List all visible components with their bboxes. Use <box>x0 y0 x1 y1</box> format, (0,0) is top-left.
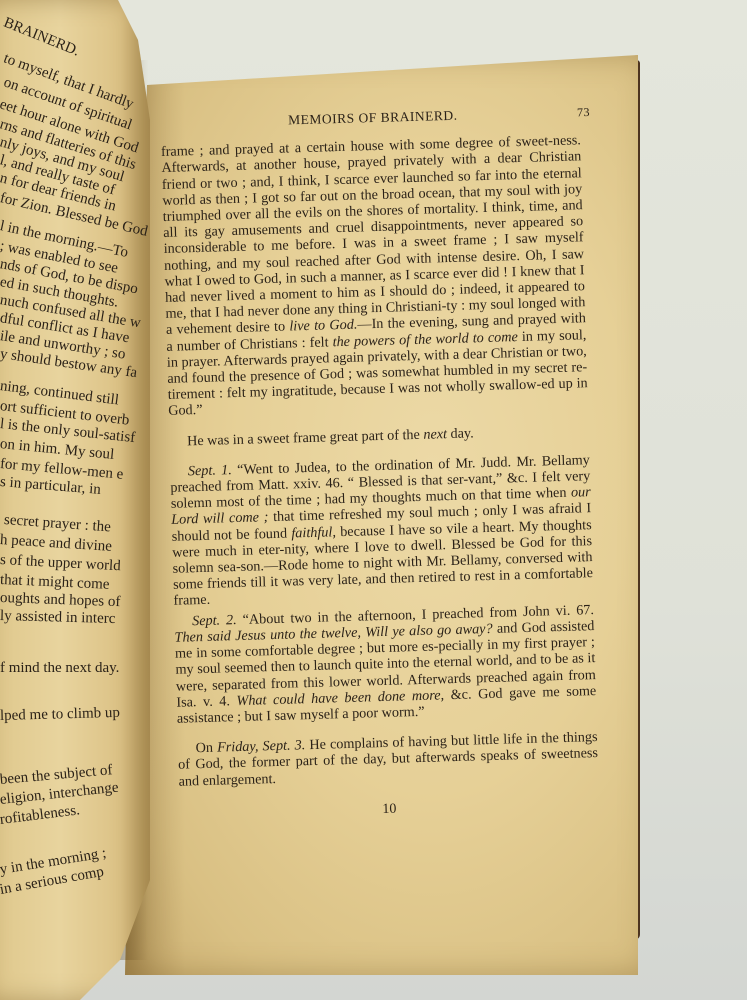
paragraph-sept-2: Sept. 2. “About two in the afternoon, I … <box>174 602 597 727</box>
paragraph-sept-1: Sept. 1. “Went to Judea, to the ordinati… <box>170 452 594 609</box>
page-number: 73 <box>577 104 590 121</box>
paragraph-1: frame ; and prayed at a certain house wi… <box>161 132 589 419</box>
photo-scene: MEMOIRS OF BRAINERD. 73 frame ; and pray… <box>0 0 747 1000</box>
left-page-text: BRAINERD. to myself, that I hardly on ac… <box>0 0 150 1000</box>
date-sept-1: Sept. 1. <box>188 462 232 479</box>
right-page-text: MEMOIRS OF BRAINERD. 73 frame ; and pray… <box>160 104 600 823</box>
running-head-title: MEMOIRS OF BRAINERD. <box>288 108 458 129</box>
paragraph-friday-sept-3: On Friday, Sept. 3. He complains of havi… <box>177 729 598 789</box>
date-sept-2: Sept. 2. <box>192 612 237 629</box>
